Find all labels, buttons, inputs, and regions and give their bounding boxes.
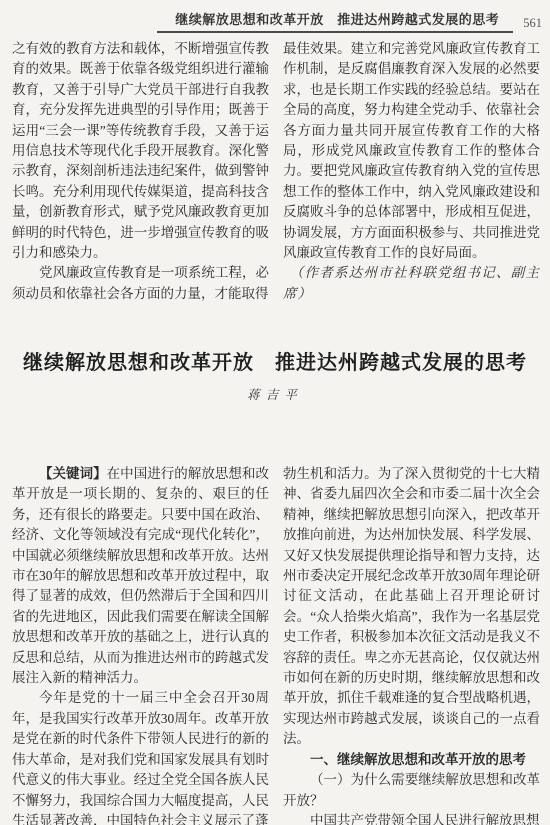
paragraph: 勃生机和活力。为了深入贯彻党的十七大精神、省委九届四次全会和市委二届十次全会精神… bbox=[283, 464, 540, 750]
keywords-label: 【关键词】 bbox=[39, 466, 107, 481]
running-header: 继续解放思想和改革开放 推进达州跨越式发展的思考 561 bbox=[0, 9, 542, 33]
body-right-column: 勃生机和活力。为了深入贯彻党的十七大精神、省委九届四次全会和市委二届十次全会精神… bbox=[283, 464, 540, 825]
article-title-block: 继续解放思想和改革开放 推进达州跨越式发展的思考 蒋吉平 bbox=[0, 346, 550, 403]
paragraph: （一）为什么需要继续解放思想和改革开放？ bbox=[283, 770, 540, 811]
article-author: 蒋吉平 bbox=[0, 385, 550, 403]
paragraph: 党风廉政宣传教育是一项系统工程，必须动员和依靠社会各方面的力量，才能取得 bbox=[12, 263, 269, 304]
body-left-column: 【关键词】在中国进行的解放思想和改革开放是一项长期的、复杂的、艰巨的任务，还有很… bbox=[12, 464, 269, 825]
page-number: 561 bbox=[523, 16, 542, 33]
top-right-column: 最佳效果。建立和完善党风廉政宣传教育工作机制，是反腐倡廉教育深入发展的必然要求，… bbox=[283, 39, 540, 304]
paragraph: 之有效的教育方法和载体，不断增强宣传教育的效果。既善于依靠各级党组织进行灌输教育… bbox=[12, 39, 269, 263]
keywords-text: 在中国进行的解放思想和改革开放是一项长期的、复杂的、艰巨的任务，还有很长的路要走… bbox=[12, 466, 269, 685]
article-title: 继续解放思想和改革开放 推进达州跨越式发展的思考 bbox=[0, 346, 550, 375]
article-body-section: 【关键词】在中国进行的解放思想和改革开放是一项长期的、复杂的、艰巨的任务，还有很… bbox=[12, 464, 540, 825]
scanned-document-page: 继续解放思想和改革开放 推进达州跨越式发展的思考 561 之有效的教育方法和载体… bbox=[0, 0, 550, 825]
author-note: （作者系达州市社科联党组书记、副主席） bbox=[283, 263, 540, 304]
top-article-section: 之有效的教育方法和载体，不断增强宣传教育的效果。既善于依靠各级党组织进行灌输教育… bbox=[12, 39, 540, 304]
paragraph: 中国共产党带领全国人民进行解放思想 bbox=[283, 811, 540, 825]
paragraph: 今年是党的十一届三中全会召开30周年，是我国实行改革开放30周年。改革开放是党在… bbox=[12, 688, 269, 825]
paragraph: 最佳效果。建立和完善党风廉政宣传教育工作机制，是反腐倡廉教育深入发展的必然要求，… bbox=[283, 39, 540, 263]
running-header-title: 继续解放思想和改革开放 推进达州跨越式发展的思考 bbox=[157, 9, 513, 33]
top-left-column: 之有效的教育方法和载体，不断增强宣传教育的效果。既善于依靠各级党组织进行灌输教育… bbox=[12, 39, 269, 304]
keywords-paragraph: 【关键词】在中国进行的解放思想和改革开放是一项长期的、复杂的、艰巨的任务，还有很… bbox=[12, 464, 269, 688]
section-heading: 一、继续解放思想和改革开放的思考 bbox=[283, 750, 540, 770]
